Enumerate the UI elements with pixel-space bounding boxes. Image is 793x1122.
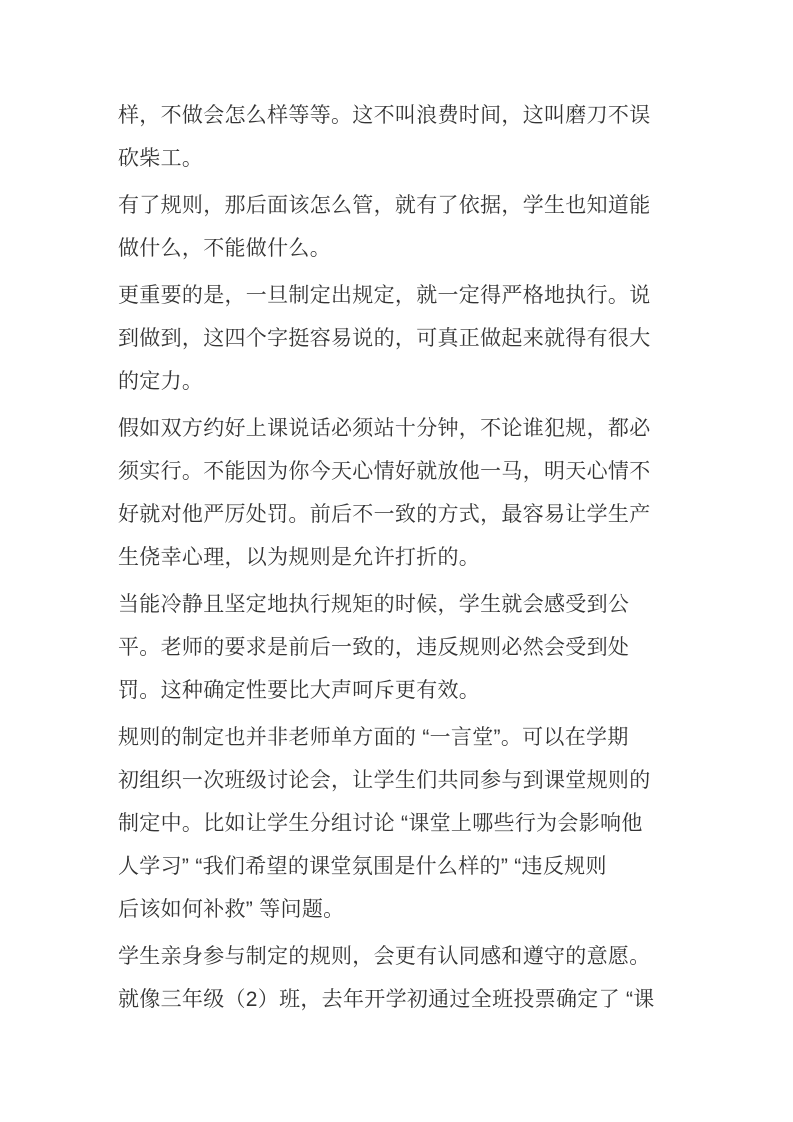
text-line: 好就对他严厉处罚。前后不一致的方式，最容易让学生产 bbox=[118, 493, 683, 536]
text-line: 平。老师的要求是前后一致的，违反规则必然会受到处 bbox=[118, 626, 683, 669]
text-line: 就像三年级（2）班，去年开学初通过全班投票确定了 “课 bbox=[118, 978, 683, 1021]
paragraph: 样，不做会怎么样等等。这不叫浪费时间，这叫磨刀不误砍柴工。 bbox=[118, 94, 683, 180]
text-line: 罚。这种确定性要比大声呵斥更有效。 bbox=[118, 669, 683, 712]
text-line: 砍柴工。 bbox=[118, 137, 683, 180]
text-line: 当能冷静且坚定地执行规矩的时候，学生就会感受到公 bbox=[118, 583, 683, 626]
text-line: 规则的制定也并非老师单方面的 “一言堂”。可以在学期 bbox=[118, 716, 683, 759]
text-line: 制定中。比如让学生分组讨论 “课堂上哪些行为会影响他 bbox=[118, 802, 683, 845]
document-body: 样，不做会怎么样等等。这不叫浪费时间，这叫磨刀不误砍柴工。有了规则，那后面该怎么… bbox=[118, 94, 683, 1021]
text-line: 更重要的是，一旦制定出规定，就一定得严格地执行。说 bbox=[118, 274, 683, 317]
text-line: 到做到，这四个字挺容易说的，可真正做起来就得有很大 bbox=[118, 317, 683, 360]
text-line: 人学习” “我们希望的课堂氛围是什么样的” “违反规则 bbox=[118, 845, 683, 888]
text-line: 生侥幸心理，以为规则是允许打折的。 bbox=[118, 536, 683, 579]
paragraph: 规则的制定也并非老师单方面的 “一言堂”。可以在学期初组织一次班级讨论会，让学生… bbox=[118, 716, 683, 931]
text-line: 后该如何补救” 等问题。 bbox=[118, 888, 683, 931]
paragraph: 更重要的是，一旦制定出规定，就一定得严格地执行。说到做到，这四个字挺容易说的，可… bbox=[118, 274, 683, 403]
paragraph: 假如双方约好上课说话必须站十分钟，不论谁犯规，都必须实行。不能因为你今天心情好就… bbox=[118, 407, 683, 579]
text-line: 有了规则，那后面该怎么管，就有了依据，学生也知道能 bbox=[118, 184, 683, 227]
text-line: 样，不做会怎么样等等。这不叫浪费时间，这叫磨刀不误 bbox=[118, 94, 683, 137]
text-line: 初组织一次班级讨论会，让学生们共同参与到课堂规则的 bbox=[118, 759, 683, 802]
text-line: 须实行。不能因为你今天心情好就放他一马，明天心情不 bbox=[118, 450, 683, 493]
paragraph: 学生亲身参与制定的规则，会更有认同感和遵守的意愿。就像三年级（2）班，去年开学初… bbox=[118, 935, 683, 1021]
text-line: 学生亲身参与制定的规则，会更有认同感和遵守的意愿。 bbox=[118, 935, 683, 978]
text-line: 做什么，不能做什么。 bbox=[118, 227, 683, 270]
text-line: 假如双方约好上课说话必须站十分钟，不论谁犯规，都必 bbox=[118, 407, 683, 450]
text-line: 的定力。 bbox=[118, 360, 683, 403]
paragraph: 有了规则，那后面该怎么管，就有了依据，学生也知道能做什么，不能做什么。 bbox=[118, 184, 683, 270]
paragraph: 当能冷静且坚定地执行规矩的时候，学生就会感受到公平。老师的要求是前后一致的，违反… bbox=[118, 583, 683, 712]
document-page: 样，不做会怎么样等等。这不叫浪费时间，这叫磨刀不误砍柴工。有了规则，那后面该怎么… bbox=[0, 0, 793, 1122]
